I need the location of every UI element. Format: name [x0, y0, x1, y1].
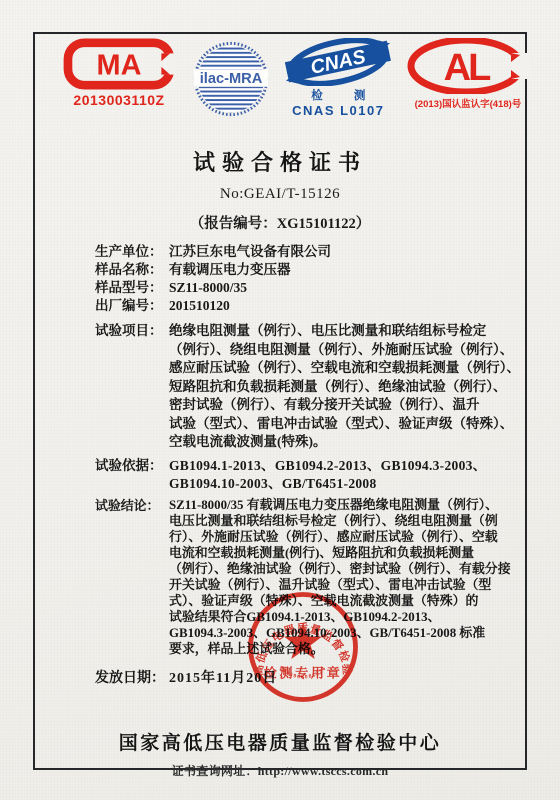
cnas-jiance-text: 检 测 [311, 87, 379, 103]
section-test-basis: 试验依据： GB1094.1-2013、GB1094.2-2013、GB1094… [95, 457, 525, 493]
conclusion-label: 试验结论： [95, 497, 169, 657]
conclusion-line: 开关试验（例行）、温升试验（型式）、雷电冲击试验（型 [169, 577, 519, 593]
report-number: （报告编号：XG15101122） [35, 212, 525, 233]
field-sample-name: 样品名称： 有载调压电力变压器 [95, 261, 525, 279]
test-items-line: 空载电流截波测量(特殊)。 [169, 433, 519, 452]
conclusion-line: 试验结果符合GB1094.1-2013、GB1094.2-2013、 [169, 609, 519, 625]
cnas-logo-icon: CNAS [284, 38, 392, 86]
field-model: 样品型号： SZ11-8000/35 [95, 279, 525, 297]
cal-mark: AL (2013)国认监认字(418)号 [405, 38, 531, 110]
field-issue-date: 发放日期： 2015年11月20日 [95, 670, 525, 688]
field-serial: 出厂编号： 201510120 [95, 297, 525, 315]
ilac-mra-mark: ilac-MRA [190, 38, 272, 120]
section-conclusion: 试验结论： SZ11-8000/35 有载调压电力变压器绝缘电阻测量（例行）、 … [95, 497, 525, 657]
test-items-line: 试验（型式）、雷电冲击试验（型式）、验证声级（特殊）、 [169, 415, 519, 434]
test-basis-content: GB1094.1-2013、GB1094.2-2013、GB1094.3-200… [169, 457, 519, 493]
test-basis-line: GB1094.1-2013、GB1094.2-2013、GB1094.3-200… [169, 457, 519, 475]
certificate-sheet: MA 2013003110Z ilac-MRA [0, 0, 560, 800]
cma-letters: MA [97, 50, 142, 82]
model-label: 样品型号： [95, 279, 169, 297]
serial-label: 出厂编号： [95, 297, 169, 315]
test-items-line: 密封试验（例行）、有载分接开关试验（例行）、温升 [169, 396, 519, 415]
cal-letters: AL [444, 47, 491, 89]
model-value: SZ11-8000/35 [169, 279, 247, 297]
field-producer: 生产单位： 江苏巨东电气设备有限公司 [95, 243, 525, 261]
test-items-label: 试验项目： [95, 322, 169, 452]
ilac-mra-logo-icon: ilac-MRA [190, 38, 272, 120]
producer-value: 江苏巨东电气设备有限公司 [169, 243, 331, 261]
certificate-footer: 国家高低压电器质量监督检验中心 证书查询网址：http://www.tsccs.… [35, 728, 525, 779]
cnas-lab-number: CNAS L0107 [292, 103, 384, 118]
accreditation-marks-row: MA 2013003110Z ilac-MRA [35, 34, 525, 138]
certificate-title: 试验合格证书 [35, 146, 525, 177]
cal-code: (2013)国认监认字(418)号 [415, 96, 522, 110]
certificate-body: 生产单位： 江苏巨东电气设备有限公司 样品名称： 有载调压电力变压器 样品型号：… [35, 243, 525, 688]
issue-date-value: 2015年11月20日 [169, 670, 277, 688]
section-test-items: 试验项目： 绝缘电阻测量（例行）、电压比测量和联结组标号检定 （例行）、绕组电阻… [95, 322, 525, 452]
sample-name-label: 样品名称： [95, 261, 169, 279]
sample-name-value: 有载调压电力变压器 [169, 261, 291, 279]
conclusion-line: SZ11-8000/35 有载调压电力变压器绝缘电阻测量（例行）、 [169, 497, 519, 513]
conclusion-line: 行）、外施耐压试验（例行）、感应耐压试验（例行）、空载 [169, 529, 519, 545]
test-items-content: 绝缘电阻测量（例行）、电压比测量和联结组标号检定 （例行）、绕组电阻测量（例行）… [169, 322, 519, 452]
producer-label: 生产单位： [95, 243, 169, 261]
ilac-mra-text: ilac-MRA [199, 71, 262, 87]
cnas-mark: CNAS 检 测 CNAS L0107 [284, 38, 392, 118]
test-items-line: 感应耐压试验（例行）、空载电流和空载损耗测量（例行）、 [169, 359, 519, 378]
test-basis-line: GB1094.10-2003、GB/T6451-2008 [169, 475, 519, 493]
test-items-line: （例行）、绕组电阻测量（例行）、外施耐压试验（例行）、 [169, 341, 519, 360]
cal-logo-icon: AL [405, 38, 531, 94]
cma-code: 2013003110Z [73, 92, 164, 108]
issue-date-label: 发放日期： [95, 670, 169, 688]
serial-value: 201510120 [169, 297, 230, 315]
conclusion-line: （例行）、绝缘油试验（例行）、密封试验（例行）、有载分接 [169, 561, 519, 577]
test-basis-label: 试验依据： [95, 457, 169, 493]
conclusion-content: SZ11-8000/35 有载调压电力变压器绝缘电阻测量（例行）、 电压比测量和… [169, 497, 519, 657]
conclusion-line: 电压比测量和联结组标号检定（例行）、绕组电阻测量（例 [169, 513, 519, 529]
conclusion-line: 式）、验证声级（特殊）、空载电流截波测量（特殊）的 [169, 593, 519, 609]
issuing-organization: 国家高低压电器质量监督检验中心 [35, 728, 525, 755]
conclusion-line: GB1094.3-2003、GB1094.10-2003、GB/T6451-20… [169, 625, 519, 641]
verification-url: 证书查询网址：http://www.tsccs.com.cn [35, 762, 525, 779]
cma-logo-icon: MA [61, 38, 177, 90]
certificate-number: No:GEAI/T-15126 [35, 186, 525, 203]
conclusion-line: 要求，样品上述试验合格。 [169, 641, 519, 657]
cma-mark: MA 2013003110Z [61, 38, 177, 108]
test-items-line: 绝缘电阻测量（例行）、电压比测量和联结组标号检定 [169, 322, 519, 341]
conclusion-line: 电流和空载损耗测量(例行)、短路阻抗和负载损耗测量 [169, 545, 519, 561]
certificate-border: MA 2013003110Z ilac-MRA [33, 32, 527, 770]
test-items-line: 短路阻抗和负载损耗测量（例行）、绝缘油试验（例行）、 [169, 378, 519, 397]
